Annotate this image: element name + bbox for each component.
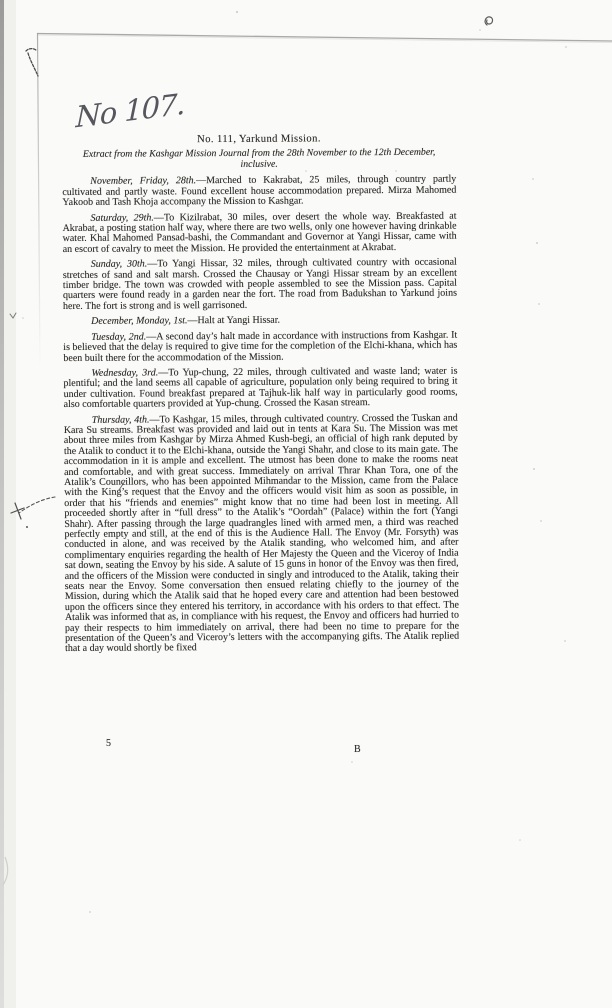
journal-entry-dec-1: December, Monday, 1st.—Halt at Yangi His…: [63, 315, 457, 328]
page-number: 5: [106, 738, 111, 749]
entry-date: December, Monday, 1st.: [91, 316, 187, 328]
page-top-edge-highlight: [37, 35, 612, 43]
scan-edge-shadow: [4, 0, 16, 1008]
document-text-block: No. 111, Yarkund Mission. Extract from t…: [62, 134, 459, 655]
page-top-edge: [37, 34, 612, 42]
ink-mark-top-right: [485, 17, 492, 25]
subtitle-line-2: inclusive.: [241, 159, 278, 170]
margin-flourish-dot: [26, 526, 28, 528]
document-title: No. 111, Yarkund Mission.: [62, 134, 456, 147]
scan-edge-strip: [0, 0, 4, 1008]
ink-mark-top-left: [26, 49, 38, 76]
journal-entry-nov-29: Saturday, 29th.—To Kizilrabat, 30 miles,…: [62, 211, 456, 255]
entry-text: —Halt at Yangi Hissar.: [187, 315, 280, 327]
journal-entry-dec-4: Thursday, 4th.—To Kashgar, 15 miles, thr…: [64, 413, 459, 655]
page-left-edge: [38, 33, 41, 370]
document-subtitle: Extract from the Kashgar Mission Journal…: [62, 147, 456, 171]
margin-flourish-dashed: [19, 497, 55, 513]
printer-signature-mark: B: [354, 744, 361, 755]
journal-entry-dec-3: Wednesday, 3rd.—To Yup-chung, 22 miles, …: [63, 366, 457, 410]
scanned-document-page: No 107. No. 111, Yarkund Mission. Extrac…: [0, 0, 612, 1008]
journal-entry-nov-28: November, Friday, 28th.—Marched to Kakra…: [62, 175, 456, 209]
journal-entry-dec-2: Tuesday, 2nd.—A second day’s halt made i…: [63, 330, 457, 364]
entry-text: —To Kashgar, 15 miles, through cultivate…: [64, 412, 459, 654]
journal-entry-nov-30: Sunday, 30th.—To Yangi Hissar, 32 miles,…: [63, 258, 457, 312]
